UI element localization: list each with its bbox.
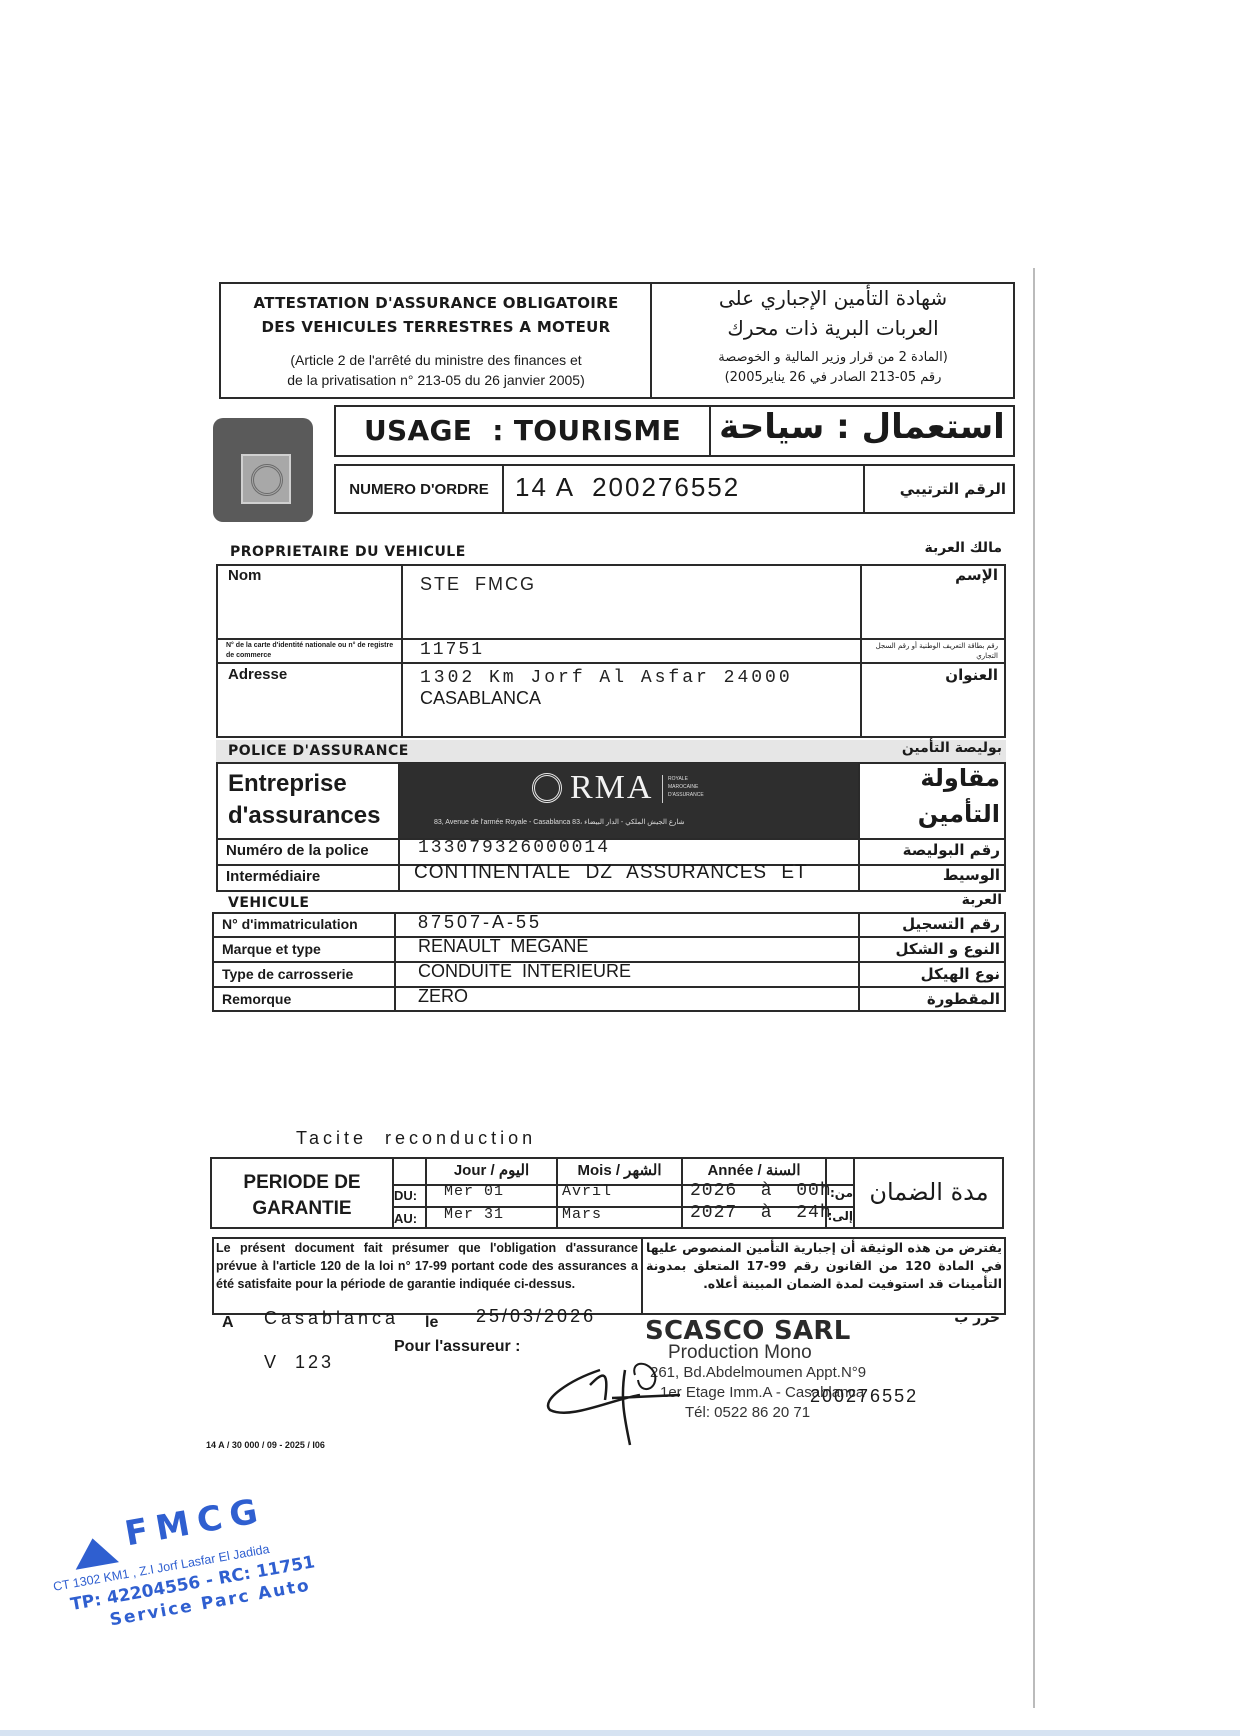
company-stamp: FMCG CT 1302 KM1 , Z.I Jorf Lasfar El Ja… [39,1455,360,1655]
usage-ar: استعمال : سياحة [712,407,1012,447]
policy-col-divider-2 [858,762,860,892]
legal-divider [641,1237,643,1315]
owner-address-label: Adresse [228,666,287,683]
owner-id-value: 11751 [420,640,484,660]
guarantee-label-2: GARANTIE [212,1198,392,1220]
header-fr-title-2: DES VEHICULES TERRESTRES A MOTEUR [222,318,650,336]
owner-address-label-ar: العنوان [866,666,998,684]
policy-number-label-ar: رقم البوليصة [866,841,1000,859]
vehicle-row-divider-1 [212,936,1006,938]
trailer-label-ar: المقطورة [866,990,1000,1008]
guarantee-label-ar: مدة الضمان [856,1178,1002,1206]
to-day: Mer 31 [444,1206,504,1223]
insurer-logo-sub: ROYALE MAROCAINE D'ASSURANCE [668,775,718,799]
from-month: Avril [562,1183,612,1200]
usage-fr: USAGE : TOURISME [336,414,709,447]
guarantee-label-1: PERIODE DE [212,1172,392,1194]
form-reference: 14 A / 30 000 / 09 - 2025 / I06 [206,1440,325,1450]
to-year: 2027 à 24h [690,1203,832,1223]
trailer-label: Remorque [222,991,291,1007]
fmcg-logo-icon [71,1535,119,1570]
to-month: Mars [562,1206,602,1223]
insurer-label-1: Entreprise [228,770,347,798]
vehicle-section-title-ar: العربة [850,892,1002,908]
insurer-logo-text: RMA [570,769,653,807]
trailer-value: ZERO [418,986,468,1007]
legal-text-ar: يفترض من هذه الوثيقة أن إجبارية التأمين … [646,1239,1002,1293]
make-label: Marque et type [222,941,321,957]
order-divider-1 [502,464,504,514]
repeat-order-number: 200276552 [810,1386,918,1407]
header-fr-ref-1: (Article 2 de l'arrêté du ministre des f… [222,352,650,368]
renewal-note: Tacite reconduction [296,1128,536,1149]
header-ar-title-2: العربات البرية ذات محرك [654,316,1012,340]
order-label-fr: NUMERO D'ORDRE [336,481,502,498]
owner-name-label: Nom [228,567,261,584]
vehicle-row-divider-3 [212,986,1006,988]
registration-label-ar: رقم التسجيل [866,915,1000,933]
header-fr-title-1: ATTESTATION D'ASSURANCE OBLIGATOIRE [222,294,650,312]
from-label-ar: من: [827,1186,853,1200]
policy-row-divider-1 [216,838,1006,840]
insurer-label-ar-1: مقاولة [866,764,1000,792]
page-bottom-edge [0,1730,1240,1736]
logo-separator [662,775,663,803]
intermediary-label: Intermédiaire [226,868,320,885]
order-label-ar: الرقم الترتيبي [866,480,1006,498]
vehicle-section-title: VEHICULE [228,895,309,911]
owner-id-label-ar: رقم بطاقة التعريف الوطنية أو رقم السجل ا… [866,641,998,661]
for-insurer-label: Pour l'assureur : [394,1338,521,1356]
to-label-ar: إلى: [827,1209,853,1223]
hologram-seal-icon [213,418,313,522]
owner-name-label-ar: الإسم [866,566,998,584]
body-type-label-ar: نوع الهيكل [866,965,1000,983]
guarantee-col-6 [853,1157,855,1229]
policy-number-value: 133079326000014 [418,838,610,858]
issue-date: 25/03/2026 [476,1306,596,1327]
col-month-header: Mois / الشهر [558,1161,681,1179]
insurer-logo-panel: RMA ROYALE MAROCAINE D'ASSURANCE 83, Ave… [400,763,858,838]
page-edge [1033,268,1035,1708]
intermediary-label-ar: الوسيط [866,866,1000,884]
owner-section-title-ar: مالك العربة [850,540,1002,556]
header-ar-ref-1: (المادة 2 من قرار وزير المالية و الخوصصة [654,350,1012,365]
registration-value: 87507-A-55 [418,912,542,933]
col-year-header: Année / السنة [683,1161,825,1179]
policy-number-label: Numéro de la police [226,842,369,859]
order-number: 14 A 200276552 [515,472,740,503]
to-label: AU: [394,1211,417,1226]
place: Casablanca [264,1308,399,1329]
owner-row-divider-1 [216,638,1006,640]
make-label-ar: النوع و الشكل [866,940,1000,958]
make-value: RENAULT MEGANE [418,936,588,957]
date-prefix: le [425,1314,438,1332]
owner-row-divider-2 [216,662,1006,664]
owner-address-line1: 1302 Km Jorf Al Asfar 24000 [420,668,793,688]
place-prefix: A [222,1314,234,1332]
header-ar-title-1: شهادة التأمين الإجباري على [654,286,1012,310]
legal-text-fr: Le présent document fait présumer que l'… [216,1239,638,1293]
policy-section-title-ar: بوليصة التأمين [850,740,1002,756]
signature-scribble-icon [530,1340,730,1450]
order-divider-2 [863,464,865,514]
agent-code: V 123 [264,1352,334,1373]
registration-label: N° d'immatriculation [222,916,358,932]
owner-id-label: N° de la carte d'identité nationale ou n… [226,641,396,661]
usage-divider [709,405,711,457]
insurer-label-ar-2: التأمين [866,800,1000,828]
header-ar-ref-2: رقم 05-213 الصادر في 26 يناير2005) [654,370,1012,385]
owner-name-value: STE FMCG [420,574,536,595]
col-day-header: Jour / اليوم [427,1161,556,1179]
insurer-address: 83, Avenue de l'armée Royale - Casablanc… [434,818,834,826]
from-year: 2026 à 00h [690,1181,832,1201]
rma-emblem-icon [532,773,562,803]
body-type-label: Type de carrosserie [222,966,353,982]
header-divider [650,282,652,399]
intermediary-value: CONTINENTALE DZ ASSURANCES ET [414,862,808,884]
header-fr-ref-2: de la privatisation n° 213-05 du 26 janv… [222,372,650,388]
owner-col-divider [401,564,403,738]
body-type-value: CONDUITE INTERIEURE [418,961,631,982]
from-label: DU: [394,1188,417,1203]
from-day: Mer 01 [444,1183,504,1200]
owner-address-line2: CASABLANCA [420,688,541,709]
policy-section-title: POLICE D'ASSURANCE [228,743,409,759]
owner-section-title: PROPRIETAIRE DU VEHICULE [230,544,466,560]
insurer-label-2: d'assurances [228,802,380,830]
